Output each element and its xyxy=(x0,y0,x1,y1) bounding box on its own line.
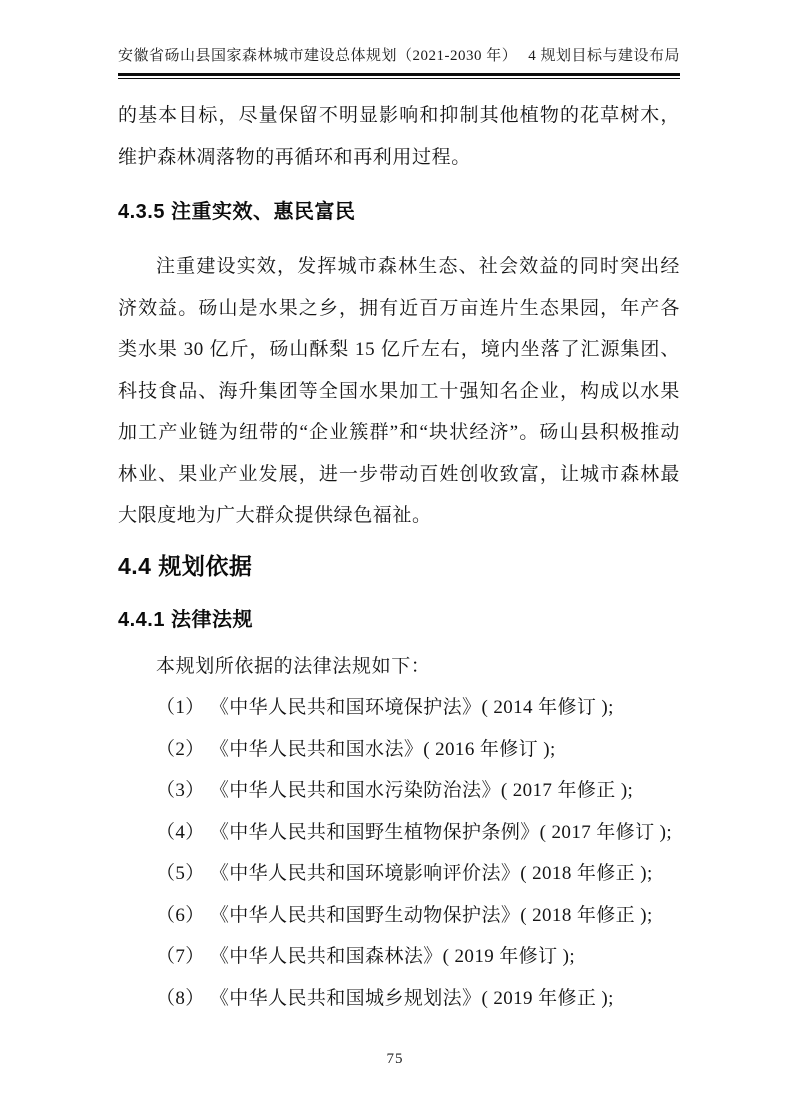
laws-intro: 本规划所依据的法律法规如下： xyxy=(118,646,680,688)
law-list-item: （8） 《中华人民共和国城乡规划法》( 2019 年修正 ); xyxy=(118,978,680,1020)
section-heading-4-4: 4.4 规划依据 xyxy=(118,551,680,582)
section-4-3-5-paragraph: 注重建设实效，发挥城市森林生态、社会效益的同时突出经济效益。砀山是水果之乡，拥有… xyxy=(118,246,680,537)
law-list-item: （3） 《中华人民共和国水污染防治法》( 2017 年修正 ); xyxy=(118,770,680,812)
law-list-item: （7） 《中华人民共和国森林法》( 2019 年修订 ); xyxy=(118,936,680,978)
header-left-title: 安徽省砀山县国家森林城市建设总体规划（2021-2030 年） xyxy=(118,46,517,66)
law-list-item: （1） 《中华人民共和国环境保护法》( 2014 年修订 ); xyxy=(118,687,680,729)
section-heading-4-4-1: 4.4.1 法律法规 xyxy=(118,606,680,634)
header-right-title: 4 规划目标与建设布局 xyxy=(528,46,680,66)
law-list-item: （6） 《中华人民共和国野生动物保护法》( 2018 年修正 ); xyxy=(118,895,680,937)
law-list-item: （2） 《中华人民共和国水法》( 2016 年修订 ); xyxy=(118,729,680,771)
document-page: 安徽省砀山县国家森林城市建设总体规划（2021-2030 年） 4 规划目标与建… xyxy=(0,0,790,1118)
carryover-paragraph: 的基本目标，尽量保留不明显影响和抑制其他植物的花草树木，维护森林凋落物的再循环和… xyxy=(118,95,680,178)
page-number: 75 xyxy=(0,1051,790,1068)
section-heading-4-3-5: 4.3.5 注重实效、惠民富民 xyxy=(118,198,680,226)
law-list-item: （4） 《中华人民共和国野生植物保护条例》( 2017 年修订 ); xyxy=(118,812,680,854)
law-list: （1） 《中华人民共和国环境保护法》( 2014 年修订 );（2） 《中华人民… xyxy=(118,687,680,1019)
law-list-item: （5） 《中华人民共和国环境影响评价法》( 2018 年修正 ); xyxy=(118,853,680,895)
running-header: 安徽省砀山县国家森林城市建设总体规划（2021-2030 年） 4 规划目标与建… xyxy=(118,0,680,66)
header-double-rule xyxy=(118,73,680,79)
